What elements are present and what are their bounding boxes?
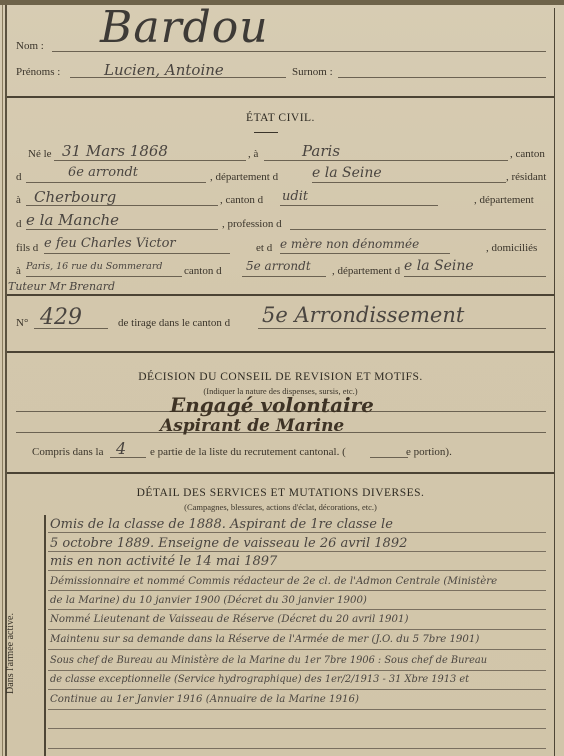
partie-label: e partie de la liste du recrutement cant…: [150, 446, 346, 458]
service-rule: [48, 570, 546, 571]
tirage-label: de tirage dans le canton d: [118, 317, 230, 329]
prenoms-value: Lucien, Antoine: [104, 61, 224, 79]
compris-label: Compris dans la: [32, 446, 104, 458]
service-line: Omis de la classe de 1888. Aspirant de 1…: [50, 517, 393, 532]
canton2-value: udit: [282, 189, 308, 204]
divider-4: [7, 472, 554, 474]
services-margin-line: [44, 515, 46, 756]
decision-line-1: Engagé volontaire: [170, 393, 374, 417]
departement3-rule: [404, 276, 546, 277]
service-rule: [48, 670, 546, 671]
domicile-rule: [26, 276, 182, 277]
et-label: et d: [256, 242, 272, 254]
profession-label: , profession d: [222, 218, 282, 230]
decision-title: DÉCISION DU CONSEIL DE REVISION ET MOTIF…: [7, 371, 554, 383]
service-rule: [48, 649, 546, 650]
departement-label: , département d: [210, 171, 278, 183]
divider-1: [7, 96, 554, 98]
service-line: 5 octobre 1889. Enseigne de vaisseau le …: [50, 536, 407, 551]
portion-label: e portion).: [406, 446, 452, 458]
no-value: 429: [40, 305, 82, 330]
frame-right: [554, 8, 555, 756]
departement2-rule: [26, 229, 218, 230]
fils-label: fils d: [16, 242, 38, 254]
tirage-canton-value: 5e Arrondissement: [262, 303, 464, 327]
mere-value: e mère non dénommée: [280, 237, 419, 251]
service-line: Sous chef de Bureau au Ministère de la M…: [50, 655, 487, 666]
canton3-value: 5e arrondt: [246, 259, 311, 273]
canton-value: 6e arrondt: [68, 165, 138, 180]
title-dash: [254, 132, 278, 133]
profession-rule: [290, 229, 546, 230]
service-line: Nommé Lieutenant de Vaisseau de Réserve …: [50, 614, 408, 625]
canton2-rule: [280, 205, 438, 206]
residant-value: Cherbourg: [34, 188, 116, 206]
service-rule: [48, 590, 546, 591]
service-rule: [48, 629, 546, 630]
surnom-rule: [338, 77, 546, 78]
departement2-value: e la Manche: [26, 211, 119, 229]
canton-label: , canton: [510, 148, 545, 160]
departement-rule: [312, 182, 506, 183]
a-label: , à: [248, 148, 258, 160]
departement-value: e la Seine: [312, 165, 382, 181]
service-line: de classe exceptionnelle (Service hydrog…: [50, 674, 469, 685]
service-line: mis en non activité le 14 mai 1897: [50, 554, 277, 569]
surnom-label: Surnom :: [292, 66, 333, 78]
nom-label: Nom :: [16, 40, 44, 52]
domicile-value: Paris, 16 rue du Sommerard: [26, 261, 162, 272]
a-value: Paris: [302, 142, 340, 160]
service-rule: [48, 709, 546, 710]
dom-a-label: à: [16, 265, 21, 277]
registre-matricule-sheet: Nom : Bardou Prénoms : Lucien, Antoine S…: [0, 0, 564, 756]
nom-value: Bardou: [100, 2, 269, 53]
pere-rule: [44, 253, 230, 254]
service-rule: [48, 532, 546, 533]
partie-value: 4: [116, 439, 126, 458]
services-title: DÉTAIL DES SERVICES ET MUTATIONS DIVERSE…: [7, 487, 554, 499]
departement3-value: e la Seine: [404, 258, 474, 274]
departement3-label: , département d: [332, 265, 400, 277]
etat-civil-title: ÉTAT CIVIL.: [7, 112, 554, 124]
frame-left-outer: [2, 5, 3, 756]
decision-line-2: Aspirant de Marine: [160, 416, 344, 436]
portion-rule: [370, 457, 408, 458]
canton3-rule: [242, 276, 326, 277]
canton-rule: [26, 182, 206, 183]
service-rule: [48, 748, 546, 749]
ne-le-label: Né le: [28, 148, 52, 160]
service-rule: [48, 609, 546, 610]
ne-le-value: 31 Mars 1868: [62, 142, 168, 160]
top-edge: [0, 0, 564, 5]
d-label: d: [16, 171, 22, 183]
canton2-label: , canton d: [220, 194, 263, 206]
divider-3: [7, 351, 554, 353]
service-line: Maintenu sur sa demande dans la Réserve …: [50, 634, 479, 645]
prenoms-label: Prénoms :: [16, 66, 60, 78]
residant-label: , résidant: [506, 171, 546, 183]
d2-label: d: [16, 218, 22, 230]
pere-value: e feu Charles Victor: [44, 236, 176, 251]
side-label-box: Dans l'armée active.: [8, 600, 44, 720]
service-line: Continue au 1er Janvier 1916 (Annuaire d…: [50, 694, 359, 705]
canton3-label: canton d: [184, 265, 222, 277]
divider-2: [7, 294, 554, 296]
residant-a-label: à: [16, 194, 21, 206]
tuteur-value: Tuteur Mr Brenard: [8, 280, 115, 293]
service-line: Démissionnaire et nommé Commis rédacteur…: [50, 576, 497, 587]
side-label: Dans l'armée active.: [5, 613, 16, 694]
domicilies-label: , domiciliés: [486, 242, 537, 254]
no-label: N°: [16, 317, 28, 329]
service-rule: [48, 551, 546, 552]
tirage-canton-rule: [258, 328, 546, 329]
service-line: de la Marine) du 10 janvier 1900 (Décret…: [50, 595, 367, 606]
services-subtitle: (Campagnes, blessures, actions d'éclat, …: [7, 502, 554, 512]
service-rule: [48, 728, 546, 729]
a-rule: [264, 160, 508, 161]
ne-le-rule: [54, 160, 246, 161]
service-rule: [48, 689, 546, 690]
departement2-label: , département: [474, 194, 534, 206]
mere-rule: [280, 253, 450, 254]
